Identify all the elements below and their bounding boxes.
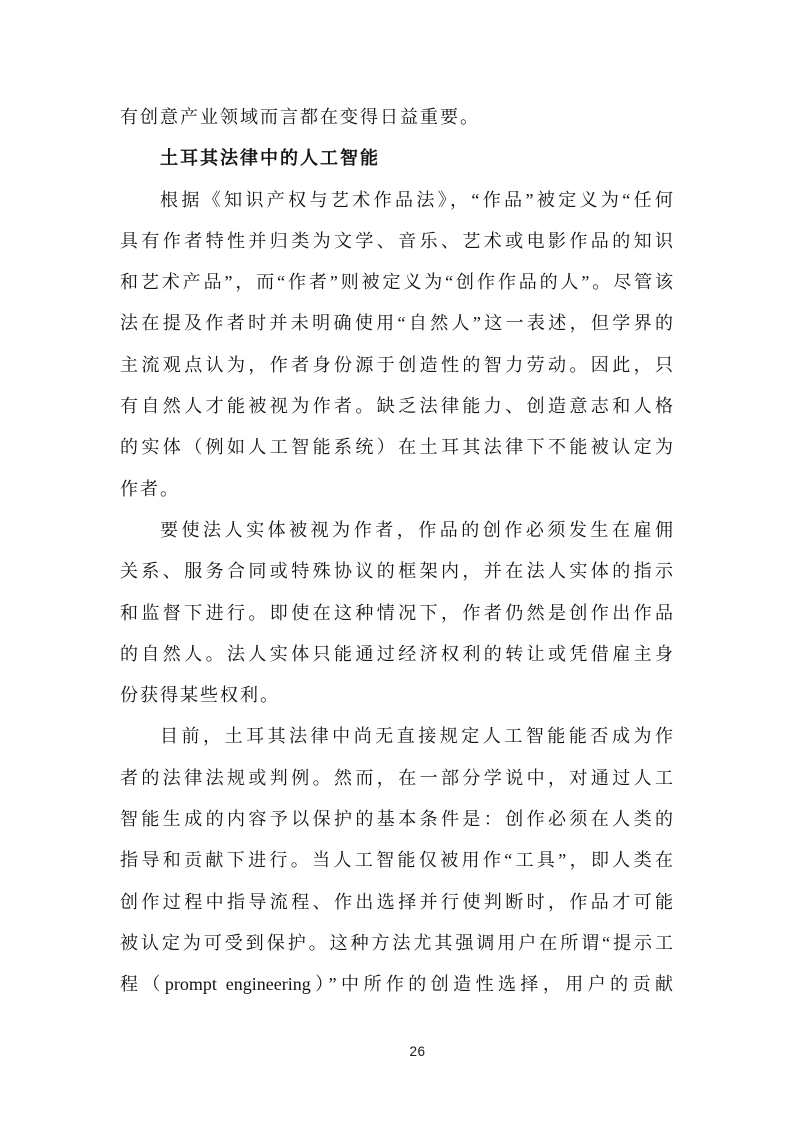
text-line: 法在提及作者时并未明确使用“自然人”这一表述，但学界的 (120, 303, 673, 344)
text-line: 的实体（例如人工智能系统）在土耳其法律下不能被认定为 (120, 427, 673, 468)
section-heading: 土耳其法律中的人工智能 (120, 138, 673, 179)
text-line: 被认定为可受到保护。这种方法尤其强调用户在所谓“提示工 (120, 923, 673, 964)
text-line: 根据《知识产权与艺术作品法》，“作品”被定义为“任何 (120, 180, 673, 221)
text-line: 创作过程中指导流程、作出选择并行使判断时，作品才可能 (120, 882, 673, 923)
page-number: 26 (409, 1044, 425, 1059)
text-line: 程（prompt engineering）”中所作的创造性选择，用户的贡献 (120, 964, 673, 1005)
text-line: 关系、服务合同或特殊协议的框架内，并在法人实体的指示 (120, 551, 673, 592)
text-body: 有创意产业领域而言都在变得日益重要。 土耳其法律中的人工智能 根据《知识产权与艺… (120, 97, 673, 1006)
text-line: 指导和贡献下进行。当人工智能仅被用作“工具”，即人类在 (120, 840, 673, 881)
text-line: 的自然人。法人实体只能通过经济权利的转让或凭借雇主身 (120, 634, 673, 675)
text-line: 有自然人才能被视为作者。缺乏法律能力、创造意志和人格 (120, 386, 673, 427)
text-line: 和监督下进行。即使在这种情况下，作者仍然是创作出作品 (120, 593, 673, 634)
text-line: 份获得某些权利。 (120, 675, 673, 716)
text-line: 有创意产业领域而言都在变得日益重要。 (120, 97, 673, 138)
text-line: 作者。 (120, 469, 673, 510)
text-line: 者的法律法规或判例。然而，在一部分学说中，对通过人工 (120, 758, 673, 799)
text-line: 目前，土耳其法律中尚无直接规定人工智能能否成为作 (120, 716, 673, 757)
text-line: 智能生成的内容予以保护的基本条件是：创作必须在人类的 (120, 799, 673, 840)
text-line: 要使法人实体被视为作者，作品的创作必须发生在雇佣 (120, 510, 673, 551)
text-line: 主流观点认为，作者身份源于创造性的智力劳动。因此，只 (120, 345, 673, 386)
document-page: 有创意产业领域而言都在变得日益重要。 土耳其法律中的人工智能 根据《知识产权与艺… (0, 0, 793, 1122)
text-line: 具有作者特性并归类为文学、音乐、艺术或电影作品的知识 (120, 221, 673, 262)
text-line: 和艺术产品”，而“作者”则被定义为“创作作品的人”。尽管该 (120, 262, 673, 303)
